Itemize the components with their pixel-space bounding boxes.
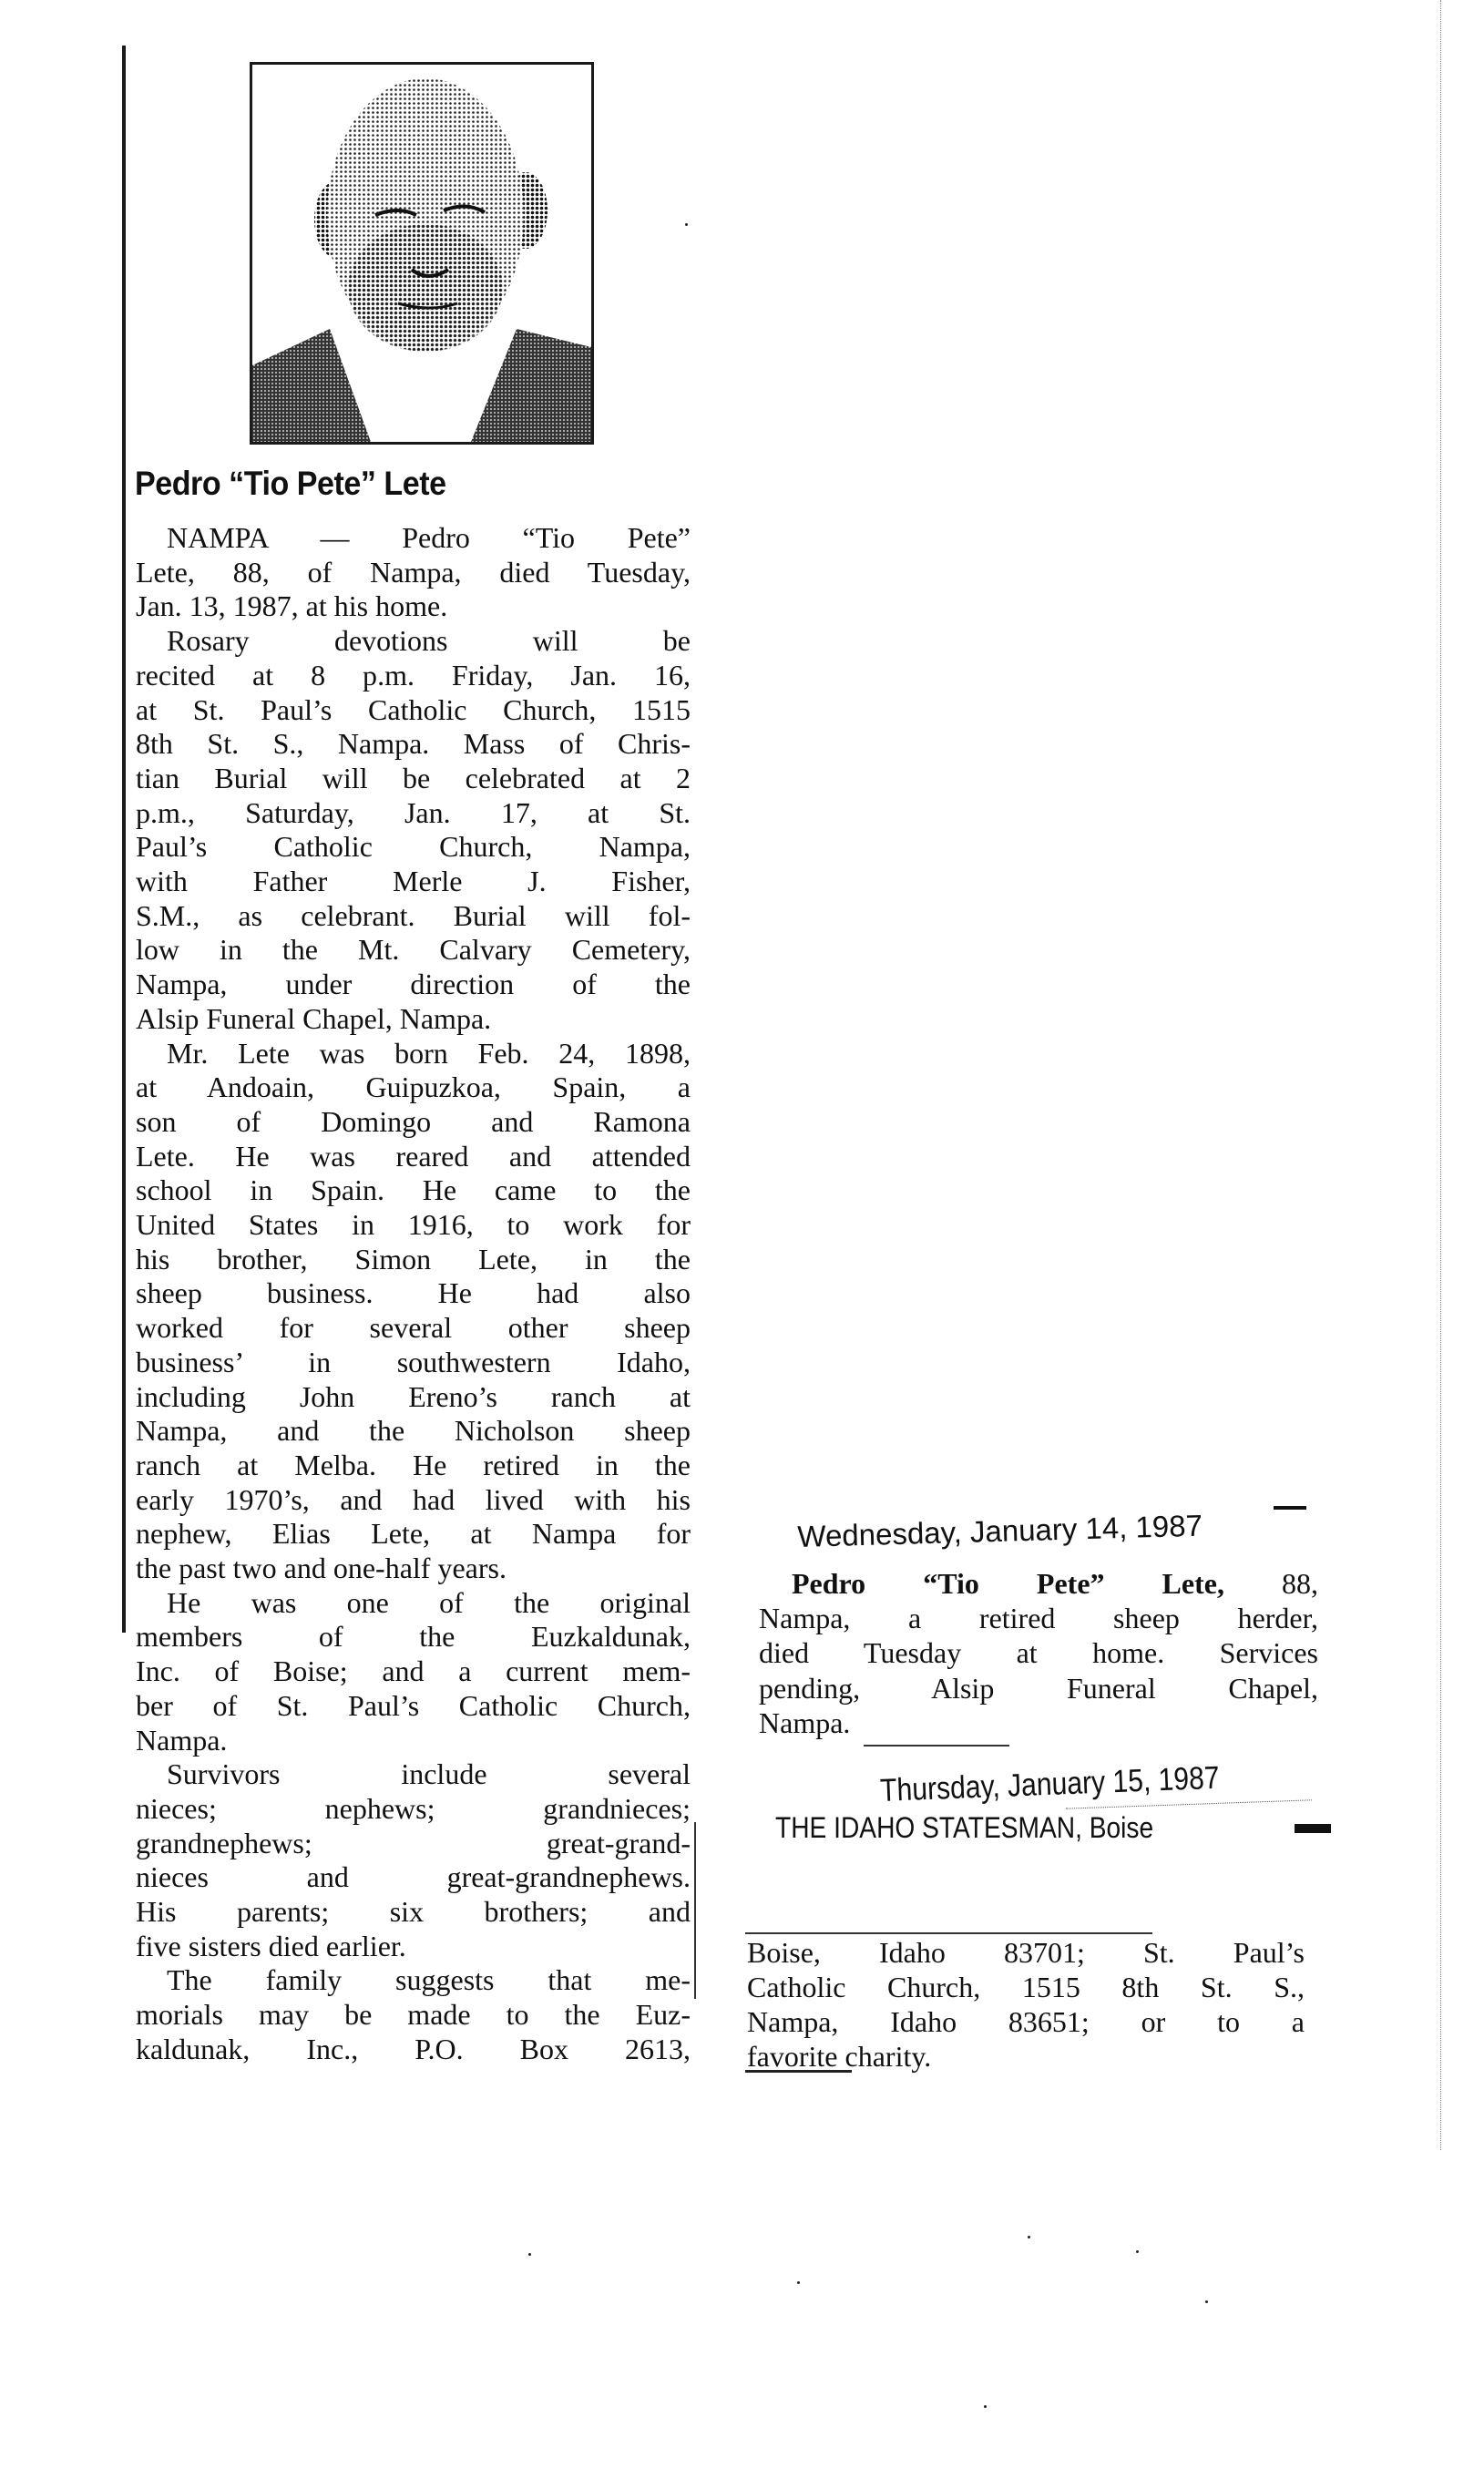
page-edge-rule [1440,0,1441,2150]
obituary-line: Lete. He was reared and attended [136,1139,691,1173]
scan-speck [984,2405,987,2408]
obituary-title: Pedro “Tio Pete” Lete [135,465,446,503]
obituary-line: Jan. 13, 1987, at his home. [136,589,691,623]
death-notice-line: Nampa. [759,1706,1318,1740]
obituary-line: Paul’s Catholic Church, Nampa, [136,829,691,864]
publication-block-mark [1295,1824,1331,1833]
obituary-line: Alsip Funeral Chapel, Nampa. [136,1001,691,1036]
obituary-line: including John Ereno’s ranch at [136,1379,691,1414]
death-notice-line: died Tuesday at home. Services [759,1635,1318,1670]
obituary-line: the past two and one-half years. [136,1551,691,1585]
date-dash-mark [1274,1506,1306,1510]
obituary-line: Survivors include several [167,1757,691,1791]
scan-speck [685,223,688,226]
obituary-line: Nampa. [136,1723,691,1757]
continuation-line: favorite charity. [747,2039,1305,2074]
portrait-photo [250,62,594,445]
obituary-line: his brother, Simon Lete, in the [136,1242,691,1276]
obituary-line: grandnephews; great-grand- [136,1826,691,1860]
obituary-line: with Father Merle J. Fisher, [136,864,691,898]
obituary-line: son of Domingo and Ramona [136,1104,691,1139]
scan-speck [1205,2300,1208,2303]
death-notice-line: pending, Alsip Funeral Chapel, [759,1671,1318,1706]
scan-speck [1028,2236,1030,2238]
obituary-line: The family suggests that me- [167,1962,691,1997]
column-rule-small [694,1822,696,1999]
obituary-line: ber of St. Paul’s Catholic Church, [136,1688,691,1723]
obituary-line: Nampa, under direction of the [136,967,691,1001]
scan-speck [1136,2250,1139,2253]
scan-speck [797,2281,800,2284]
obituary-line: kaldunak, Inc., P.O. Box 2613, [136,2032,691,2066]
obituary-line: at St. Paul’s Catholic Church, 1515 [136,692,691,727]
obituary-line: five sisters died earlier. [136,1929,691,1963]
obituary-line: at Andoain, Guipuzkoa, Spain, a [136,1070,691,1104]
obituary-line: nephew, Elias Lete, at Nampa for [136,1516,691,1551]
notice-underline [864,1745,1009,1747]
death-notice-line: Pedro “Tio Pete” Lete, 88, [792,1566,1318,1601]
obituary-line: His parents; six brothers; and [136,1894,691,1929]
death-notice-line: Nampa, a retired sheep herder, [759,1601,1318,1635]
obituary-line: United States in 1916, to work for [136,1207,691,1242]
obituary-line: Inc. of Boise; and a current mem- [136,1654,691,1688]
obituary-line: Lete, 88, of Nampa, died Tuesday, [136,555,691,589]
scan-speck [528,2253,531,2256]
obituary-line: members of the Euzkaldunak, [136,1619,691,1654]
obituary-line: He was one of the original [167,1585,691,1620]
obituary-line: 8th St. S., Nampa. Mass of Chris- [136,726,691,761]
obituary-line: Mr. Lete was born Feb. 24, 1898, [167,1036,691,1070]
obituary-line: worked for several other sheep [136,1310,691,1345]
publication-name: THE IDAHO STATESMAN, Boise [775,1811,1153,1845]
column-rule-left [122,46,126,1633]
death-notice-date: Wednesday, January 14, 1987 [797,1509,1203,1554]
obituary-line: business’ in southwestern Idaho, [136,1345,691,1379]
obituary-line: NAMPA — Pedro “Tio Pete” [167,520,691,555]
clipping-date-underline [1066,1799,1312,1808]
obituary-line: Rosary devotions will be [167,623,691,658]
obituary-line: low in the Mt. Calvary Cemetery, [136,932,691,967]
continuation-line: Boise, Idaho 83701; St. Paul’s [747,1935,1305,1970]
continuation-bottom-rule [745,2070,852,2073]
obituary-line: nieces and great-grandnephews. [136,1859,691,1894]
obituary-line: nieces; nephews; grandnieces; [136,1791,691,1826]
obituary-line: early 1970’s, and had lived with his [136,1482,691,1517]
continuation-line: Catholic Church, 1515 8th St. S., [747,1970,1305,2004]
portrait-image [252,65,591,442]
obituary-line: sheep business. He had also [136,1275,691,1310]
obituary-line: tian Burial will be celebrated at 2 [136,761,691,795]
continuation-top-rule [745,1932,1152,1934]
obituary-line: morials may be made to the Euz- [136,1997,691,2032]
obituary-line: Nampa, and the Nicholson sheep [136,1413,691,1448]
obituary-line: school in Spain. He came to the [136,1173,691,1207]
clipping-date: Thursday, January 15, 1987 [879,1760,1220,1809]
obituary-line: S.M., as celebrant. Burial will fol- [136,898,691,933]
continuation-line: Nampa, Idaho 83651; or to a [747,2004,1305,2039]
obituary-line: ranch at Melba. He retired in the [136,1448,691,1482]
obituary-line: p.m., Saturday, Jan. 17, at St. [136,795,691,830]
obituary-line: recited at 8 p.m. Friday, Jan. 16, [136,658,691,692]
